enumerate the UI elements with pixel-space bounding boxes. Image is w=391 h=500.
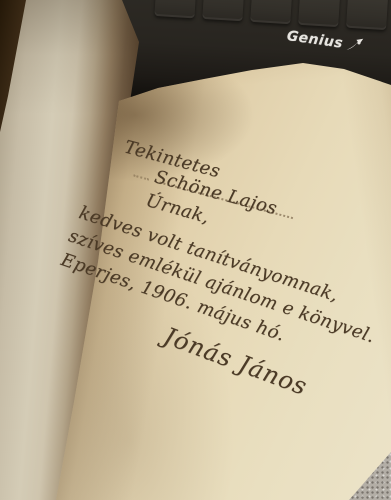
keyboard-key — [298, 0, 340, 27]
keyboard-keys — [154, 0, 391, 38]
genius-logo-text: Genius — [286, 28, 344, 52]
keyboard-key — [202, 0, 244, 21]
printed-dotted-line — [133, 163, 152, 181]
genius-logo: Genius — [286, 27, 365, 55]
keyboard-key — [154, 0, 196, 18]
book-dedication-photo: Genius Tekintetes Schöne Lajos Úrnak, ke… — [0, 0, 391, 500]
keyboard-key — [346, 0, 388, 30]
signature-text: Jónás János — [160, 322, 311, 401]
genius-figure-icon — [346, 35, 365, 54]
keyboard-key — [250, 0, 292, 24]
